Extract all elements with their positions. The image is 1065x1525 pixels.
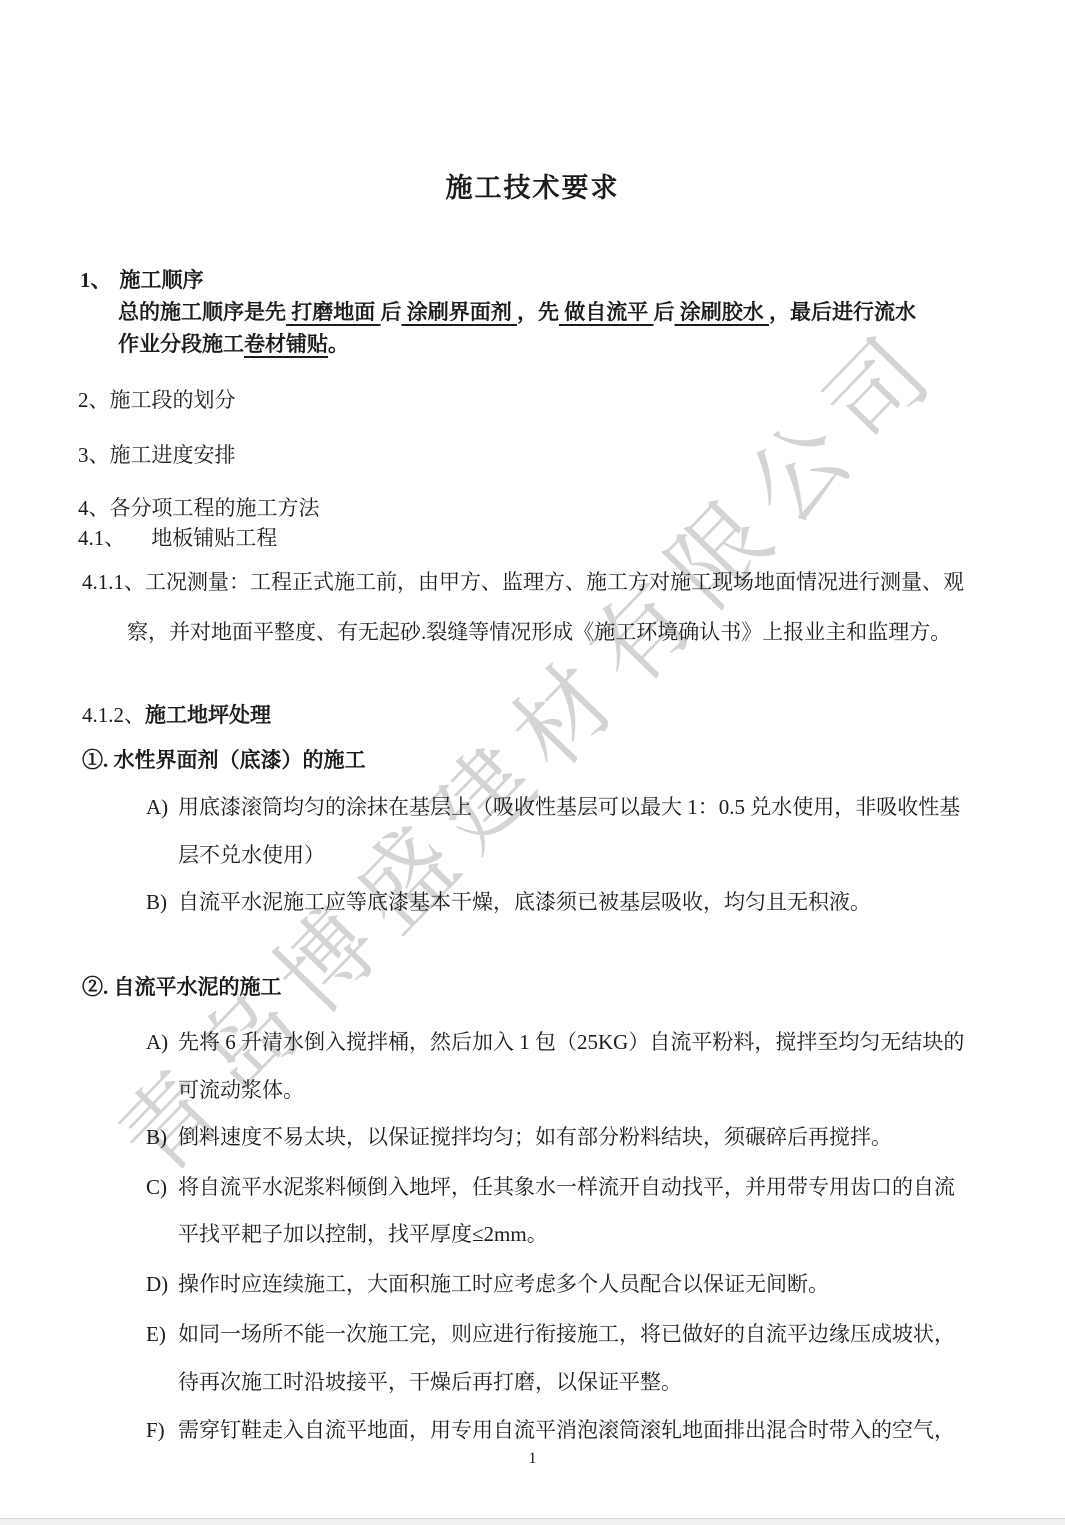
section-1-body-line-2: 作业分段施工卷材铺贴。 xyxy=(118,332,349,356)
primer-item-b-line-1: B)自流平水泥施工应等底漆基本干燥，底漆须已被基层吸收，均匀且无积液。 xyxy=(146,890,871,914)
clause-4-1-2-title: 施工地坪处理 xyxy=(145,703,271,727)
clause-4-1-2-heading: 4.1.2、施工地坪处理 xyxy=(82,703,271,727)
section-4-heading: 4、各分项工程的施工方法 xyxy=(78,496,320,520)
primer-item-a-label: A) xyxy=(146,795,178,819)
section-4-1-title: 地板铺贴工程 xyxy=(151,526,277,550)
primer-item-a-line-2: 层不兑水使用） xyxy=(178,843,325,867)
section-3-heading: 3、施工进度安排 xyxy=(78,443,236,467)
clause-4-1-1-line-2: 察，并对地面平整度、有无起砂.裂缝等情况形成《施工环境确认书》上报业主和监理方。 xyxy=(127,620,951,644)
document-page: 青岛博盛建材有限公司 施工技术要求 1、施工顺序 总的施工顺序是先 打磨地面 后… xyxy=(0,0,1065,1525)
primer-item-b-label: B) xyxy=(146,890,178,914)
page-bottom-edge xyxy=(0,1518,1065,1525)
leveling-item-b-line-1: B)倒料速度不易太块，以保证搅拌均匀；如有部分粉料结块，须碾碎后再搅拌。 xyxy=(146,1125,892,1149)
leveling-item-e-label: E) xyxy=(146,1322,178,1346)
section-3-title: 施工进度安排 xyxy=(110,443,236,467)
document-title: 施工技术要求 xyxy=(0,166,1065,205)
leveling-item-e-line-1: E)如同一场所不能一次施工完，则应进行衔接施工，将已做好的自流平边缘压成坡状， xyxy=(146,1322,955,1346)
section-4-title: 各分项工程的施工方法 xyxy=(110,496,320,520)
leveling-item-a-line-2: 可流动浆体。 xyxy=(178,1078,304,1102)
leveling-item-c-text: 将自流平水泥浆料倾倒入地坪，任其象水一样流开自动找平，并用带专用齿口的自流 xyxy=(178,1175,955,1199)
section-1-body-line-1: 总的施工顺序是先 打磨地面 后 涂刷界面剂 ，先 做自流平 后 涂刷胶水 ，最后… xyxy=(118,300,916,324)
leveling-item-f-line-1: F)需穿钉鞋走入自流平地面，用专用自流平消泡滚筒滚轧地面排出混合时带入的空气， xyxy=(146,1418,955,1442)
leveling-item-e-text: 如同一场所不能一次施工完，则应进行衔接施工，将已做好的自流平边缘压成坡状， xyxy=(178,1322,955,1346)
page-number: 1 xyxy=(0,1450,1065,1468)
watermark: 青岛博盛建材有限公司 xyxy=(84,292,967,1199)
section-1-number: 1、 xyxy=(80,268,112,292)
leveling-item-a-line-1: A)先将 6 升清水倒入搅拌桶，然后加入 1 包（25KG）自流平粉料，搅拌至均… xyxy=(146,1030,964,1054)
leveling-item-a-text: 先将 6 升清水倒入搅拌桶，然后加入 1 包（25KG）自流平粉料，搅拌至均匀无… xyxy=(178,1030,964,1054)
leveling-section-heading: ②. 自流平水泥的施工 xyxy=(82,975,282,999)
section-1-heading: 1、施工顺序 xyxy=(80,268,204,292)
leveling-item-d-label: D) xyxy=(146,1272,178,1296)
clause-4-1-1-line-1: 4.1.1、工况测量：工程正式施工前，由甲方、监理方、施工方对施工现场地面情况进… xyxy=(82,570,964,594)
section-4-1-number: 4.1、 xyxy=(78,526,125,550)
clause-4-1-2-number: 4.1.2、 xyxy=(82,703,145,727)
leveling-item-c-label: C) xyxy=(146,1175,178,1199)
section-2-number: 2、 xyxy=(78,388,110,412)
primer-item-a-line-1: A)用底漆滚筒均匀的涂抹在基层上（吸收性基层可以最大 1：0.5 兑水使用，非吸… xyxy=(146,795,960,819)
leveling-item-c-line-1: C)将自流平水泥浆料倾倒入地坪，任其象水一样流开自动找平，并用带专用齿口的自流 xyxy=(146,1175,955,1199)
section-2-title: 施工段的划分 xyxy=(110,388,236,412)
section-4-1-heading: 4.1、地板铺贴工程 xyxy=(78,526,277,550)
leveling-item-f-text: 需穿钉鞋走入自流平地面，用专用自流平消泡滚筒滚轧地面排出混合时带入的空气， xyxy=(178,1418,955,1442)
leveling-item-a-label: A) xyxy=(146,1030,178,1054)
primer-item-b-text: 自流平水泥施工应等底漆基本干燥，底漆须已被基层吸收，均匀且无积液。 xyxy=(178,890,871,914)
leveling-item-d-text: 操作时应连续施工，大面积施工时应考虑多个人员配合以保证无间断。 xyxy=(178,1272,829,1296)
leveling-item-b-text: 倒料速度不易太块，以保证搅拌均匀；如有部分粉料结块，须碾碎后再搅拌。 xyxy=(178,1125,892,1149)
leveling-item-e-line-2: 待再次施工时沿坡接平，干燥后再打磨，以保证平整。 xyxy=(178,1370,682,1394)
section-1-title: 施工顺序 xyxy=(120,268,204,292)
leveling-item-d-line-1: D)操作时应连续施工，大面积施工时应考虑多个人员配合以保证无间断。 xyxy=(146,1272,829,1296)
section-2-heading: 2、施工段的划分 xyxy=(78,388,236,412)
leveling-item-c-line-2: 平找平耙子加以控制，找平厚度≤2mm。 xyxy=(178,1222,548,1246)
section-4-number: 4、 xyxy=(78,496,110,520)
leveling-item-b-label: B) xyxy=(146,1125,178,1149)
section-3-number: 3、 xyxy=(78,443,110,467)
leveling-item-f-label: F) xyxy=(146,1418,178,1442)
primer-item-a-text: 用底漆滚筒均匀的涂抹在基层上（吸收性基层可以最大 1：0.5 兑水使用，非吸收性… xyxy=(178,795,960,819)
primer-section-heading: ①. 水性界面剂（底漆）的施工 xyxy=(82,748,366,772)
